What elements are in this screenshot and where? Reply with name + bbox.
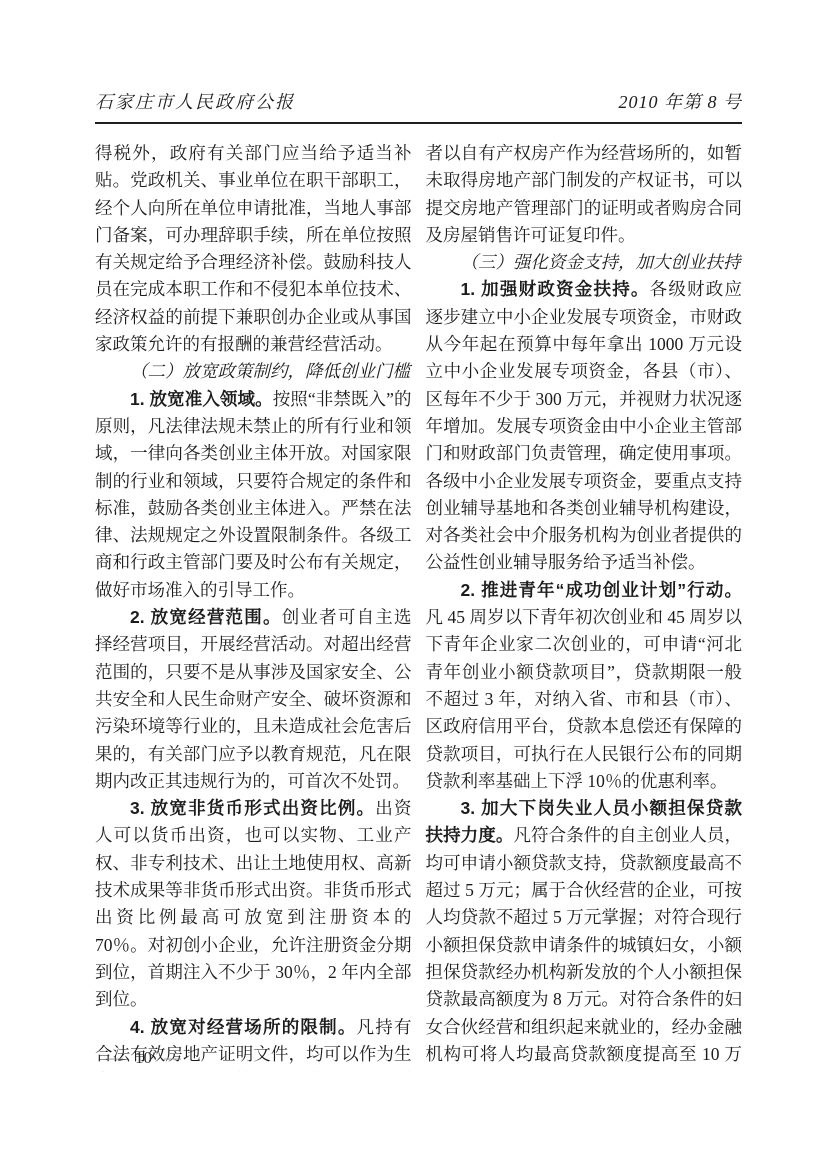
paragraph-body: 出资人可以货币出资，也可以实物、工业产权、非专利技术、出让土地使用权、高新技术成… [95, 798, 412, 1009]
paragraph: 2. 放宽经营范围。创业者可自主选择经营项目，开展经营活动。对超出经营范围的，只… [95, 604, 412, 795]
paragraph: 2. 推进青年“成功创业计划”行动。凡 45 周岁以下青年初次创业和 45 周岁… [426, 577, 743, 795]
footer-dash-left: — [106, 1048, 123, 1067]
paragraph-lead: 1. 加强财政资金扶持。 [461, 279, 650, 299]
paragraph: 3. 放宽非货币形式出资比例。出资人可以货币出资，也可以实物、工业产权、非专利技… [95, 795, 412, 1013]
paragraph: 1. 加强财政资金扶持。各级财政应逐步建立中小企业发展专项资金，市财政从今年起在… [426, 276, 743, 576]
paragraph-lead: 4. 放宽对经营场所的限制。 [130, 1017, 357, 1037]
paragraph-lead: 2. 推进青年“成功创业计划”行动。 [461, 580, 743, 600]
paragraph-body: 创业者可自主选择经营项目，开展经营活动。对超出经营范围的，只要不是从事涉及国家安… [95, 607, 412, 791]
paragraph-body: 凡 45 周岁以下青年初次创业和 45 周岁以下青年企业家二次创业的，可申请“河… [426, 607, 743, 791]
page-content: 石家庄市人民政府公报 2010 年第 8 号 得税外，政府有关部门应当给予适当补… [95, 88, 742, 1072]
page-header: 石家庄市人民政府公报 2010 年第 8 号 [95, 88, 742, 124]
footer-dash-right: — [164, 1048, 181, 1067]
journal-title: 石家庄市人民政府公报 [95, 88, 295, 114]
page-footer: —10— [106, 1048, 181, 1068]
paragraph-continuation: 者以自有产权房产作为经营场所的，如暂未取得房地产部门制发的产权证书，可以提交房地… [426, 140, 743, 249]
paragraph-continuation: 得税外，政府有关部门应当给予适当补贴。党政机关、事业单位在职干部职工，经个人向所… [95, 140, 412, 358]
right-column: 者以自有产权房产作为经营场所的，如暂未取得房地产部门制发的产权证书，可以提交房地… [426, 140, 743, 1072]
body-columns: 得税外，政府有关部门应当给予适当补贴。党政机关、事业单位在职干部职工，经个人向所… [95, 140, 742, 1072]
paragraph: 1. 放宽准入领域。按照“非禁既入”的原则，凡法律法规未禁止的所有行业和领域，一… [95, 386, 412, 604]
paragraph-body: 按照“非禁既入”的原则，凡法律法规未禁止的所有行业和领域，一律向各类创业主体开放… [95, 389, 412, 600]
issue-number: 2010 年第 8 号 [619, 88, 743, 114]
gazette-page: 石家庄市人民政府公报 2010 年第 8 号 得税外，政府有关部门应当给予适当补… [0, 0, 826, 1169]
section-heading: （三）强化资金支持，加大创业扶持 [426, 249, 743, 276]
left-column: 得税外，政府有关部门应当给予适当补贴。党政机关、事业单位在职干部职工，经个人向所… [95, 140, 412, 1072]
paragraph-lead: 1. 放宽准入领域。 [130, 389, 273, 409]
paragraph-body: 各级财政应逐步建立中小企业发展专项资金，市财政从今年起在预算中每年拿出 1000… [426, 279, 743, 572]
section-heading: （二）放宽政策制约，降低创业门槛 [95, 358, 412, 385]
paragraph: 3. 加大下岗失业人员小额担保贷款扶持力度。凡符合条件的自主创业人员，均可申请小… [426, 795, 743, 1072]
page-number: 10 [135, 1048, 152, 1067]
paragraph-body: 凡符合条件的自主创业人员，均可申请小额贷款支持，贷款额度最高不超过 5 万元；属… [426, 825, 743, 1072]
paragraph-lead: 2. 放宽经营范围。 [130, 607, 282, 627]
paragraph-lead: 3. 放宽非货币形式出资比例。 [130, 798, 375, 818]
